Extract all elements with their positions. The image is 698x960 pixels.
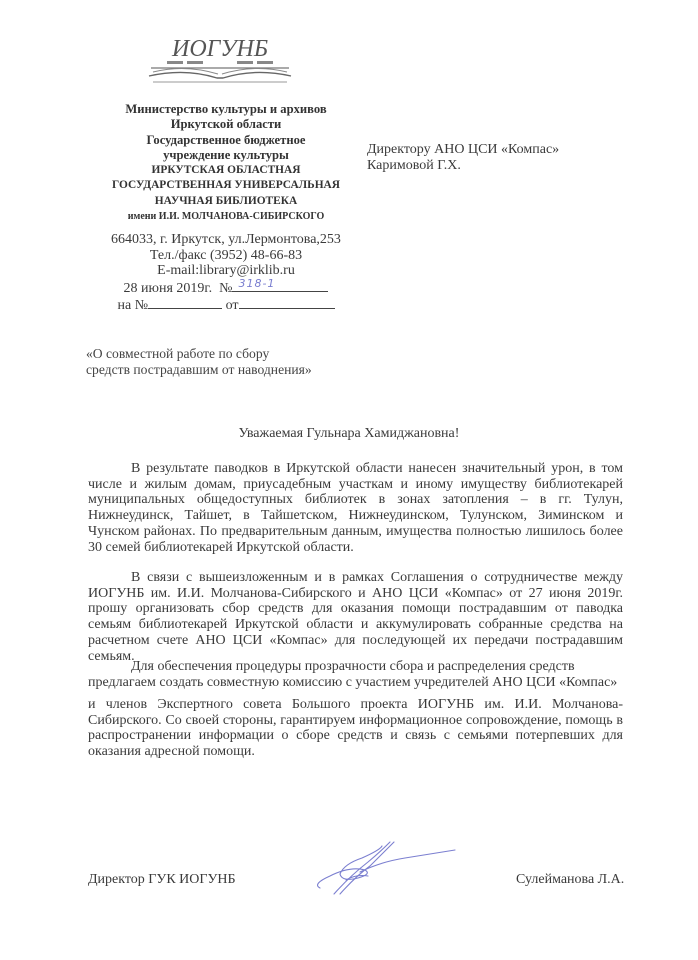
subject-line: средств пострадавшим от наводнения»	[86, 362, 312, 378]
organization-block: Министерство культуры и архивов Иркутско…	[78, 102, 374, 224]
reference-row: на № от	[78, 296, 374, 314]
paragraph: В связи с вышеизложенным и в рамках Согл…	[88, 570, 623, 664]
addressee: Директору АНО ЦСИ «Компас» Каримовой Г.Х…	[367, 142, 559, 174]
handwritten-number: 318-1	[238, 276, 275, 292]
ref-label: на №	[117, 298, 148, 313]
subject-line: «О совместной работе по сбору	[86, 346, 312, 362]
org-line: НАУЧНАЯ БИБЛИОТЕКА	[78, 194, 374, 209]
org-line: ИРКУТСКАЯ ОБЛАСТНАЯ	[78, 163, 374, 178]
address: 664033, г. Иркутск, ул.Лермонтова,253	[78, 232, 374, 248]
email: E-mail:library@irklib.ru	[78, 263, 374, 279]
ref-date-field	[239, 296, 335, 309]
number-field: 318-1	[232, 279, 328, 292]
org-line: Министерство культуры и архивов	[78, 102, 374, 117]
contacts-block: 664033, г. Иркутск, ул.Лермонтова,253 Те…	[78, 232, 374, 314]
paragraph: В результате паводков в Иркутской област…	[88, 461, 623, 555]
date-number-row: 28 июня 2019г. №318-1	[78, 279, 374, 297]
greeting: Уважаемая Гульнара Хамиджановна!	[0, 426, 698, 442]
org-line: Иркутской области	[78, 117, 374, 132]
paragraph-text: Для обеспечения процедуры прозрачности с…	[88, 659, 617, 690]
phone: Тел./факс (3952) 48-66-83	[78, 248, 374, 264]
paragraph-text: и членов Экспертного совета Большого про…	[88, 697, 623, 759]
letter-date: 28 июня 2019г.	[124, 281, 213, 296]
svg-text:ИОГУНБ: ИОГУНБ	[171, 36, 268, 62]
org-line: имени И.И. МОЛЧАНОВА-СИБИРСКОГО	[78, 209, 374, 224]
paragraph-text: В результате паводков в Иркутской област…	[88, 461, 623, 555]
ref-from-label: от	[226, 298, 239, 313]
signatory-name: Сулейманова Л.А.	[516, 872, 624, 888]
ref-number-field	[148, 296, 222, 309]
paragraph: и членов Экспертного совета Большого про…	[88, 697, 623, 760]
addressee-line: Директору АНО ЦСИ «Компас»	[367, 142, 559, 158]
number-label: №	[219, 281, 232, 296]
library-logo-icon: ИОГУНБ	[145, 28, 295, 84]
org-line: учреждение культуры	[78, 148, 374, 163]
org-line: Государственное бюджетное	[78, 133, 374, 148]
addressee-line: Каримовой Г.Х.	[367, 158, 559, 174]
paragraph-text: В связи с вышеизложенным и в рамках Согл…	[88, 570, 623, 664]
signatory-position: Директор ГУК ИОГУНБ	[88, 872, 236, 888]
handwritten-signature-icon	[310, 836, 460, 896]
org-line: ГОСУДАРСТВЕННАЯ УНИВЕРСАЛЬНАЯ	[78, 178, 374, 193]
paragraph: Для обеспечения процедуры прозрачности с…	[88, 659, 623, 690]
subject: «О совместной работе по сбору средств по…	[86, 346, 312, 377]
